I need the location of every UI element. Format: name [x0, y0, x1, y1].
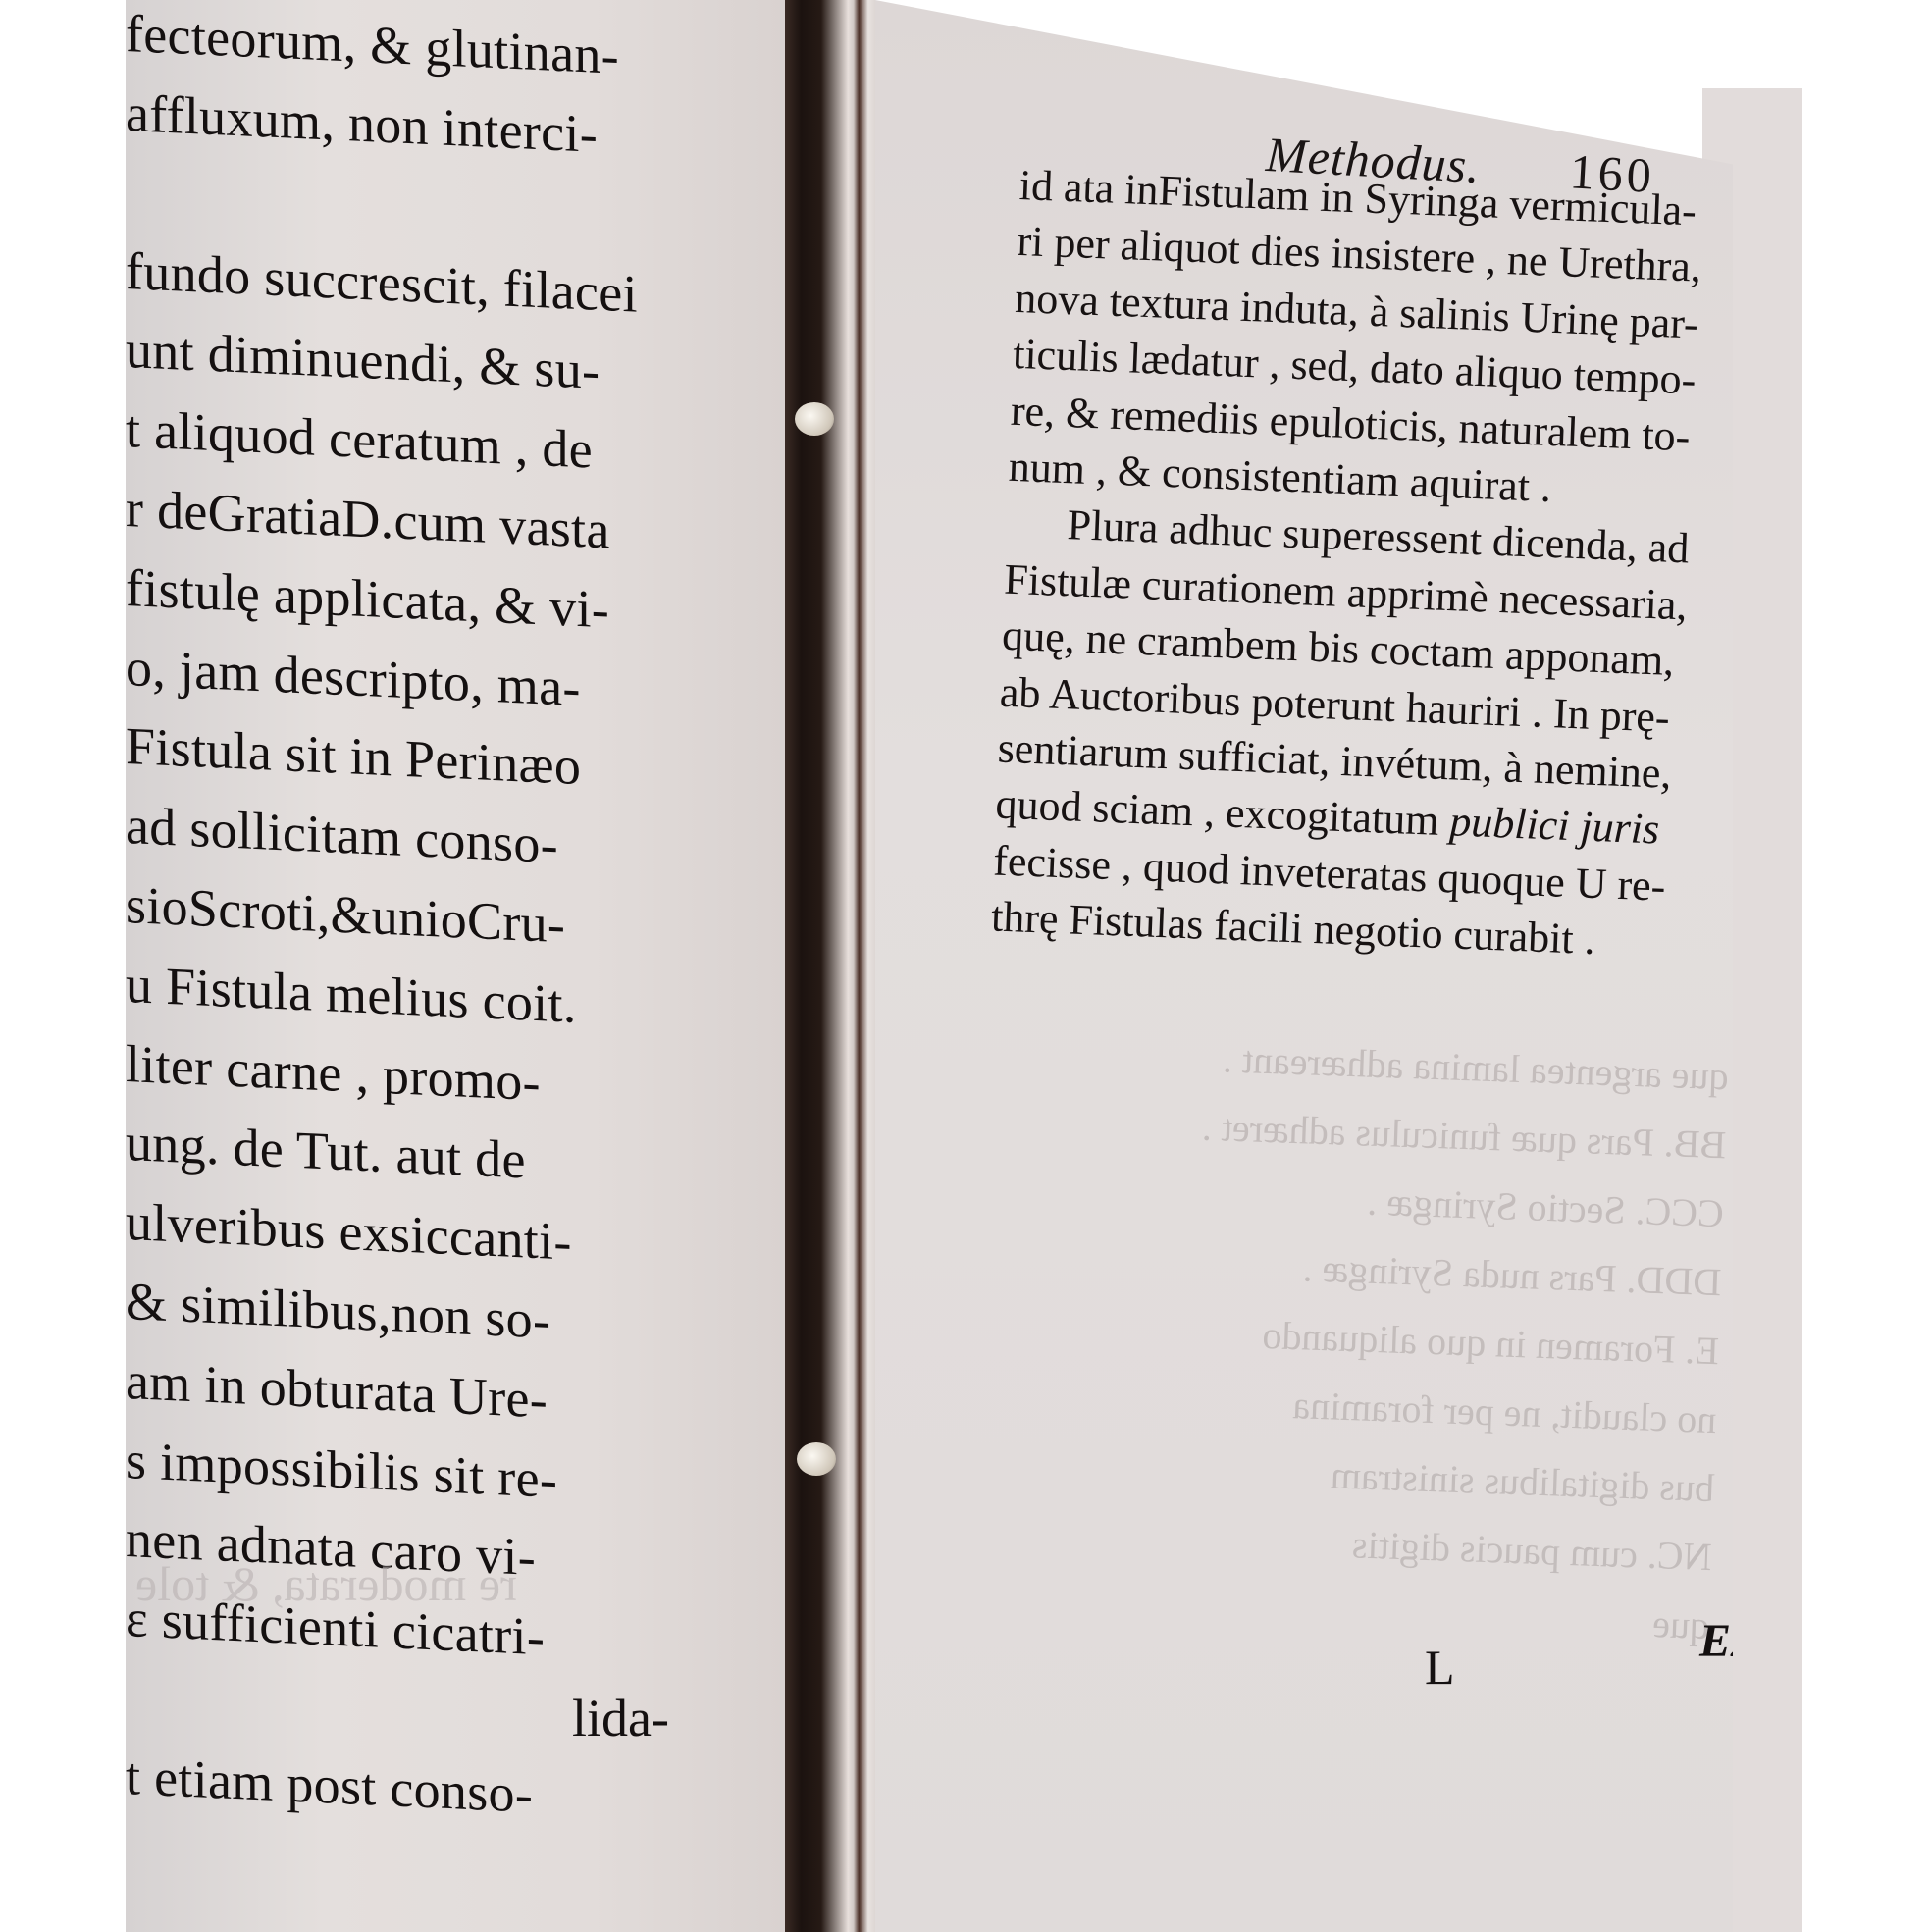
binding-stitch [795, 402, 834, 436]
left-page: fecteorum, & glutinan- affluxum, non int… [126, 0, 785, 1932]
open-book-photo: fecteorum, & glutinan- affluxum, non int… [0, 0, 1932, 1932]
right-page: Methodus. 160 id ata inFistulam in Syrin… [875, 0, 1807, 1932]
right-page-text: id ata inFistulam in Syringa vermicula- … [990, 157, 1765, 973]
show-through-text: re moderata, & tole [135, 1555, 517, 1612]
catchword: lida- [572, 1688, 669, 1749]
show-through-text: que argentea lamina adhæreant . BB. Pars… [1021, 1018, 1730, 1660]
book-gutter [785, 0, 875, 1932]
text-italic: publici juris [1449, 798, 1661, 854]
binding-stitch [797, 1442, 836, 1476]
signature-mark: L [1425, 1639, 1455, 1696]
